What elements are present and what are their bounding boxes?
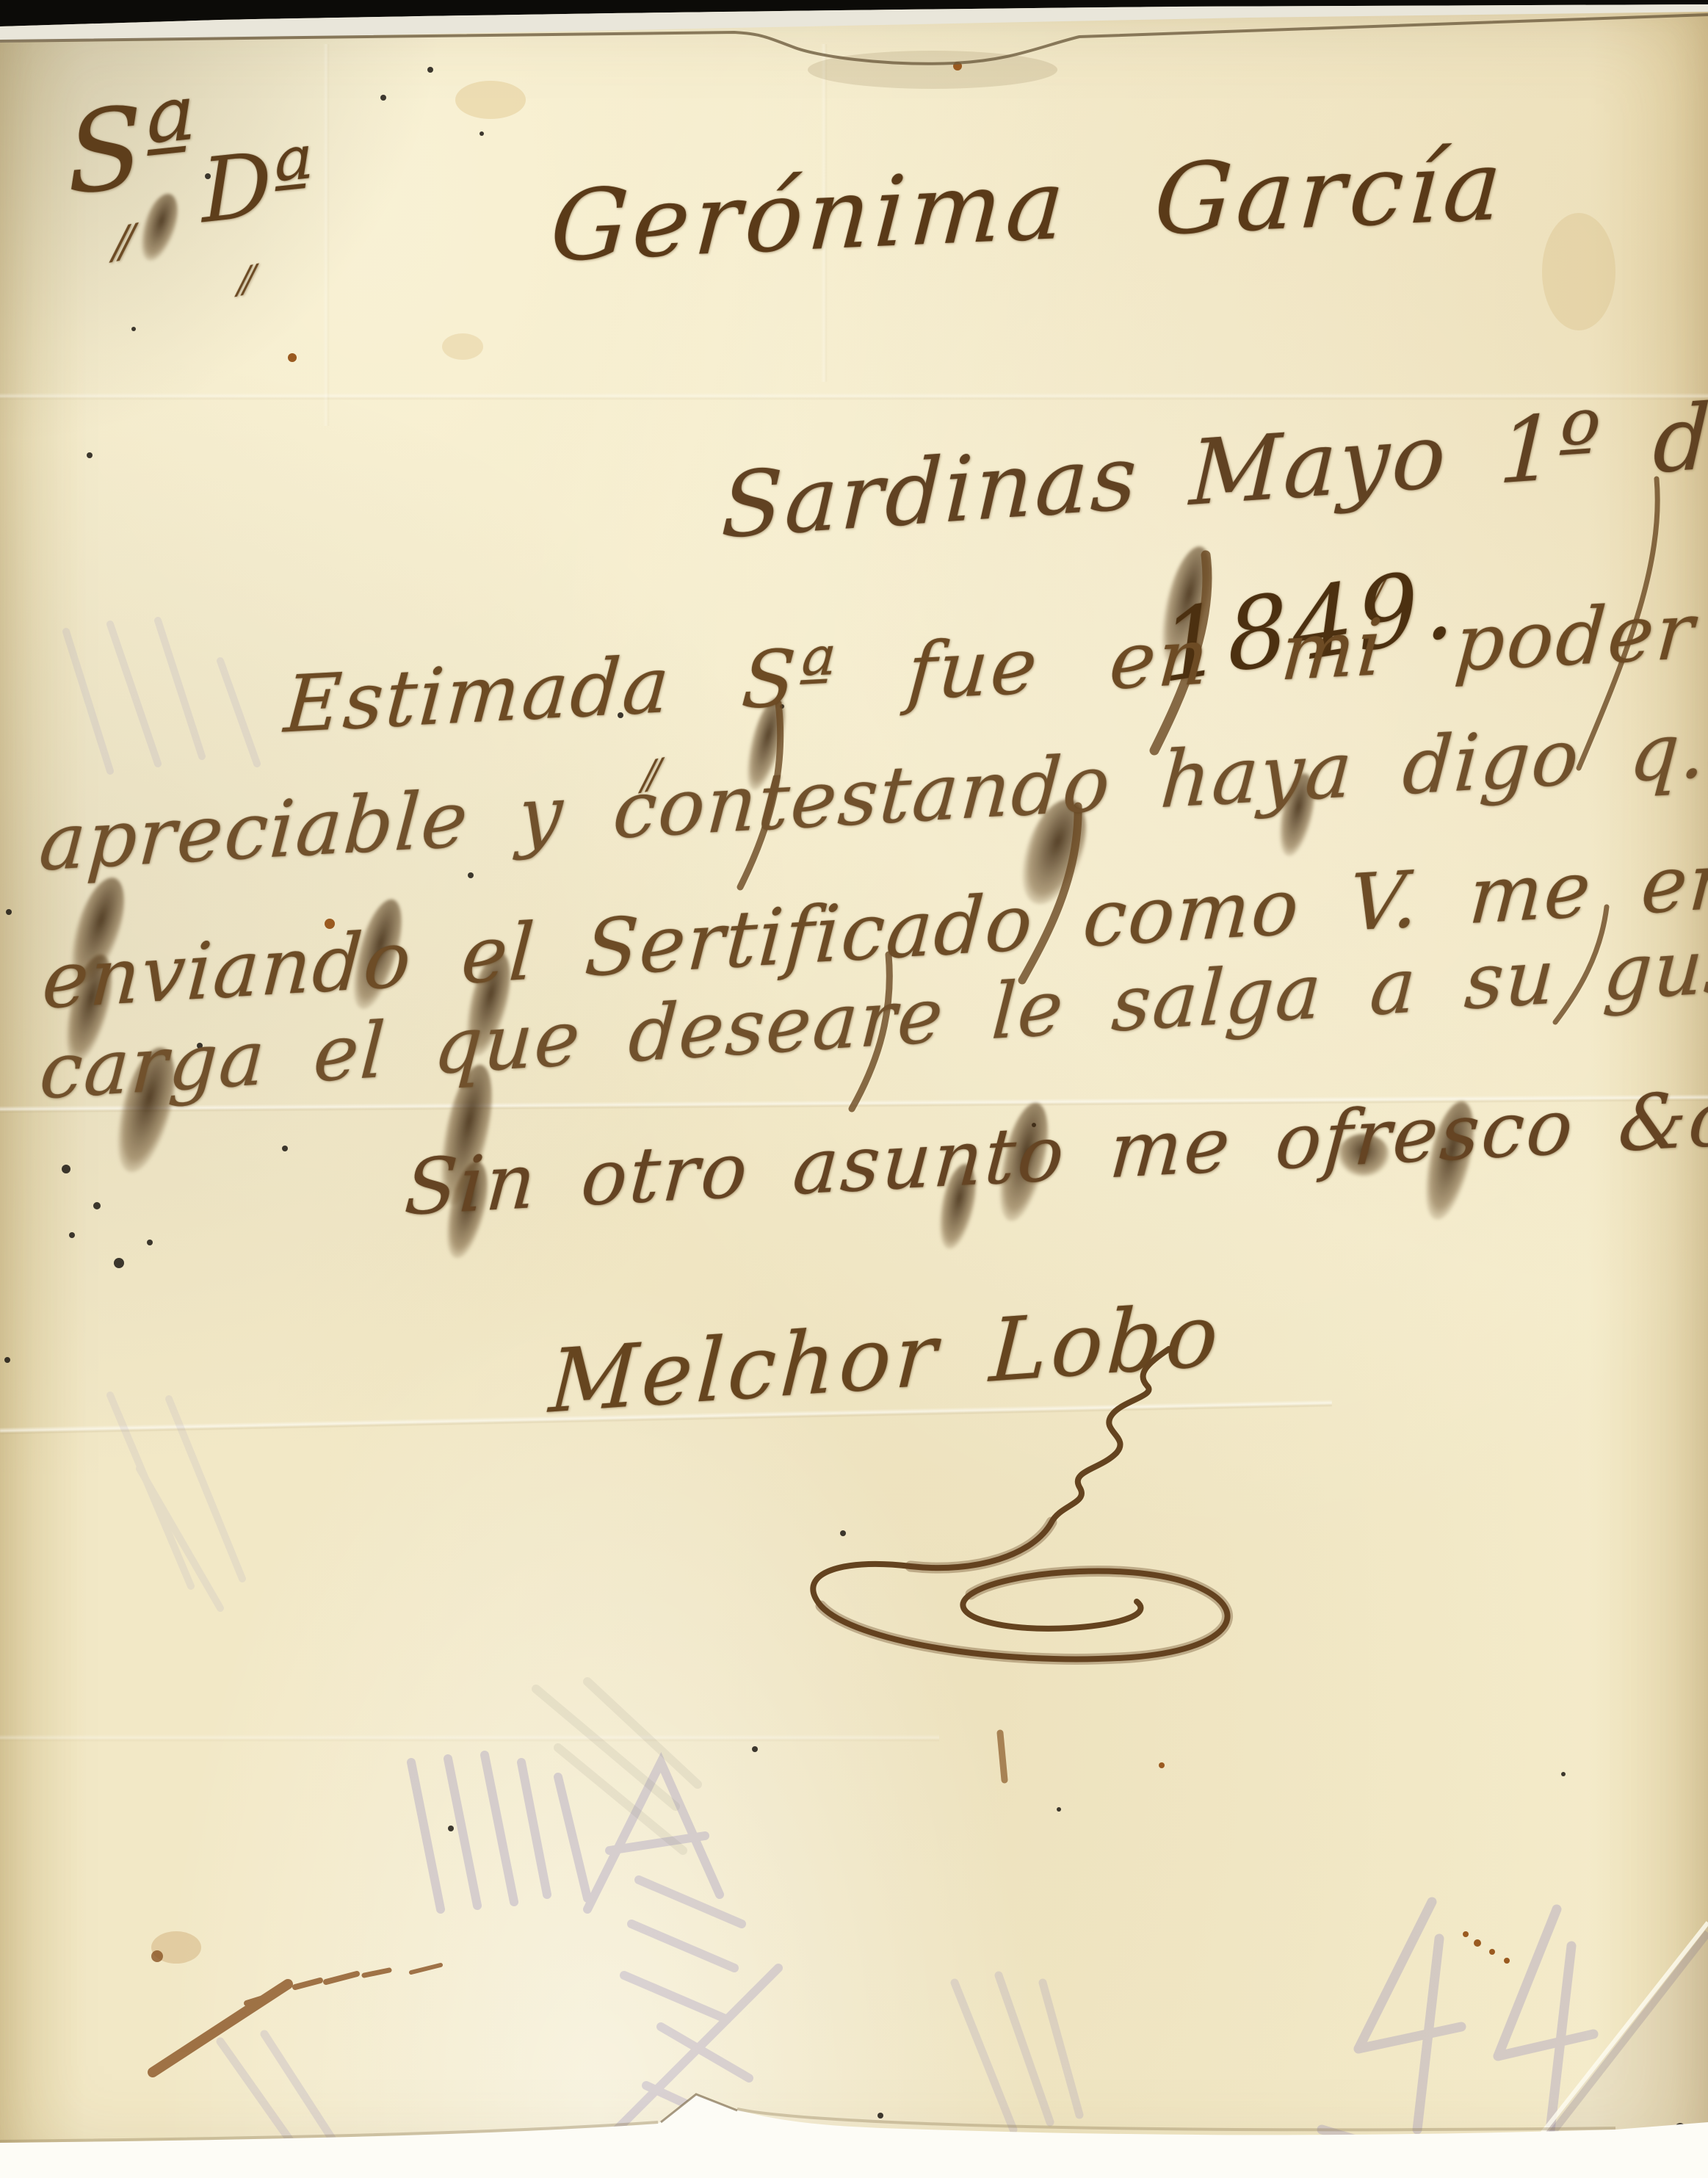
- fold-crease-vertical-1: [323, 44, 330, 426]
- salutation-honorific-senora: Sª: [65, 76, 198, 220]
- salutation-honorific-dona: Dª: [200, 129, 315, 243]
- fold-crease-horizontal-4: [0, 1734, 939, 1742]
- scanned-letter: Sª ⁄⁄ Dª ⁄⁄ Gerónima García Sardinas May…: [0, 0, 1708, 2178]
- fold-crease-horizontal-1: [0, 393, 1708, 400]
